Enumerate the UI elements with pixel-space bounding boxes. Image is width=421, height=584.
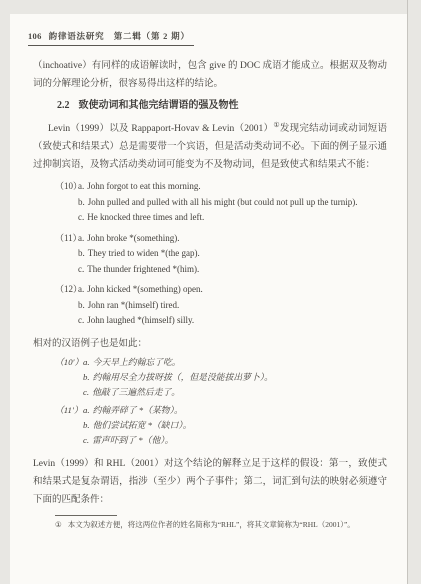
example-item-text: He knocked three times and left. bbox=[87, 212, 204, 222]
example-item-text: John ran *(himself) tired. bbox=[88, 300, 179, 310]
example-line: c.John laughed *(himself) silly. bbox=[33, 313, 387, 329]
example-item-text: John broke *(something). bbox=[87, 233, 179, 243]
footnote-separator bbox=[55, 515, 117, 516]
example-line: （10）a.John forgot to eat this morning. bbox=[33, 179, 387, 195]
example-item-text: 约翰弄碎了 *（某物）。 bbox=[93, 405, 183, 415]
levin-paragraph: Levin（1999）以及 Rappaport-Hovav & Levin（20… bbox=[33, 120, 387, 174]
example-line: c.雷声吓到了 *（他）。 bbox=[33, 433, 387, 448]
example-item-label: a. bbox=[78, 284, 84, 294]
example-number: （11′） bbox=[55, 403, 83, 418]
section-title: 致使动词和其他完结谓语的强及物性 bbox=[79, 100, 239, 111]
example-item-text: 约翰用尽全力拔呀拔（，但是没能拔出萝卜）。 bbox=[93, 372, 273, 382]
chinese-example-group-10: （10′）a.今天早上约翰忘了吃。 b.约翰用尽全力拔呀拔（，但是没能拔出萝卜）… bbox=[33, 355, 387, 400]
example-item-label: a. bbox=[83, 405, 90, 415]
example-item-label: b. bbox=[78, 197, 85, 207]
example-number: （11） bbox=[55, 231, 78, 247]
example-item-label: a. bbox=[78, 181, 84, 191]
example-item-label: c. bbox=[78, 264, 84, 274]
intro-paragraph: （inchoative）有同样的成语解读时，包含 give 的 DOC 成语才能… bbox=[33, 57, 387, 93]
example-number: （12） bbox=[55, 282, 78, 298]
example-item-text: John kicked *(something) open. bbox=[87, 284, 202, 294]
example-item-label: c. bbox=[78, 212, 84, 222]
example-item-label: c. bbox=[78, 315, 84, 325]
example-item-label: b. bbox=[78, 248, 85, 258]
levin-paragraph-before: Levin（1999）以及 Rappaport-Hovav & Levin（20… bbox=[48, 124, 273, 134]
example-item-text: John laughed *(himself) silly. bbox=[87, 315, 194, 325]
english-example-group-10: （10）a.John forgot to eat this morning. b… bbox=[33, 179, 387, 226]
example-item-label: a. bbox=[83, 357, 90, 367]
example-line: （12）a.John kicked *(something) open. bbox=[33, 282, 387, 298]
example-line: c.He knocked three times and left. bbox=[33, 210, 387, 226]
example-line: c.The thunder frightened *(him). bbox=[33, 262, 387, 278]
running-title: 韵律语法研究 第二辑（第 2 期） bbox=[49, 31, 190, 41]
example-item-text: 他敲了三遍然后走了。 bbox=[92, 387, 180, 397]
page-content: 106韵律语法研究 第二辑（第 2 期） （inchoative）有同样的成语解… bbox=[10, 14, 407, 584]
example-item-label: b. bbox=[83, 372, 90, 382]
example-item-text: 今天早上约翰忘了吃。 bbox=[93, 357, 181, 367]
example-item-text: John pulled and pulled with all his migh… bbox=[88, 197, 358, 207]
footnote-marker: ① bbox=[55, 520, 62, 529]
page-edge-line bbox=[407, 0, 408, 584]
example-item-label: a. bbox=[78, 233, 84, 243]
example-line: b.They tried to widen *(the gap). bbox=[33, 246, 387, 262]
transition-paragraph: 相对的汉语例子也是如此： bbox=[33, 336, 387, 352]
example-item-label: c. bbox=[83, 435, 89, 445]
example-item-text: The thunder frightened *(him). bbox=[87, 264, 199, 274]
english-example-group-11: （11）a.John broke *(something). b.They tr… bbox=[33, 231, 387, 278]
example-item-text: John forgot to eat this morning. bbox=[87, 181, 200, 191]
example-item-label: b. bbox=[78, 300, 85, 310]
example-line: （10′）a.今天早上约翰忘了吃。 bbox=[33, 355, 387, 370]
running-header: 106韵律语法研究 第二辑（第 2 期） bbox=[28, 30, 194, 46]
example-line: b.John pulled and pulled with all his mi… bbox=[33, 195, 387, 211]
footnote-text: 本文为叙述方便，将这两位作者的姓名简称为“RHL”，将其文章简称为“RHL（20… bbox=[68, 520, 355, 529]
closing-paragraph: Levin（1999）和 RHL（2001）对这个结论的解释立足于这样的假设：第… bbox=[33, 455, 387, 509]
example-line: b.John ran *(himself) tired. bbox=[33, 298, 387, 314]
english-example-group-12: （12）a.John kicked *(something) open. b.J… bbox=[33, 282, 387, 329]
scanned-page: 106韵律语法研究 第二辑（第 2 期） （inchoative）有同样的成语解… bbox=[10, 14, 407, 584]
example-item-text: They tried to widen *(the gap). bbox=[88, 248, 200, 258]
example-item-label: b. bbox=[83, 420, 90, 430]
example-item-label: c. bbox=[83, 387, 89, 397]
example-number: （10′） bbox=[55, 355, 83, 370]
page-number: 106 bbox=[28, 31, 42, 41]
section-heading: 2.2致使动词和其他完结谓语的强及物性 bbox=[57, 99, 387, 113]
example-number: （10） bbox=[55, 179, 78, 195]
example-line: （11′）a.约翰弄碎了 *（某物）。 bbox=[33, 403, 387, 418]
example-item-text: 雷声吓到了 *（他）。 bbox=[92, 435, 173, 445]
section-number: 2.2 bbox=[57, 100, 70, 111]
example-line: c.他敲了三遍然后走了。 bbox=[33, 385, 387, 400]
chinese-example-group-11: （11′）a.约翰弄碎了 *（某物）。 b.他们尝试拓宽 *（缺口）。 c.雷声… bbox=[33, 403, 387, 448]
example-line: b.约翰用尽全力拔呀拔（，但是没能拔出萝卜）。 bbox=[33, 370, 387, 385]
example-item-text: 他们尝试拓宽 *（缺口）。 bbox=[93, 420, 192, 430]
footnote: ①本文为叙述方便，将这两位作者的姓名简称为“RHL”，将其文章简称为“RHL（2… bbox=[55, 519, 387, 530]
example-line: （11）a.John broke *(something). bbox=[33, 231, 387, 247]
example-line: b.他们尝试拓宽 *（缺口）。 bbox=[33, 418, 387, 433]
